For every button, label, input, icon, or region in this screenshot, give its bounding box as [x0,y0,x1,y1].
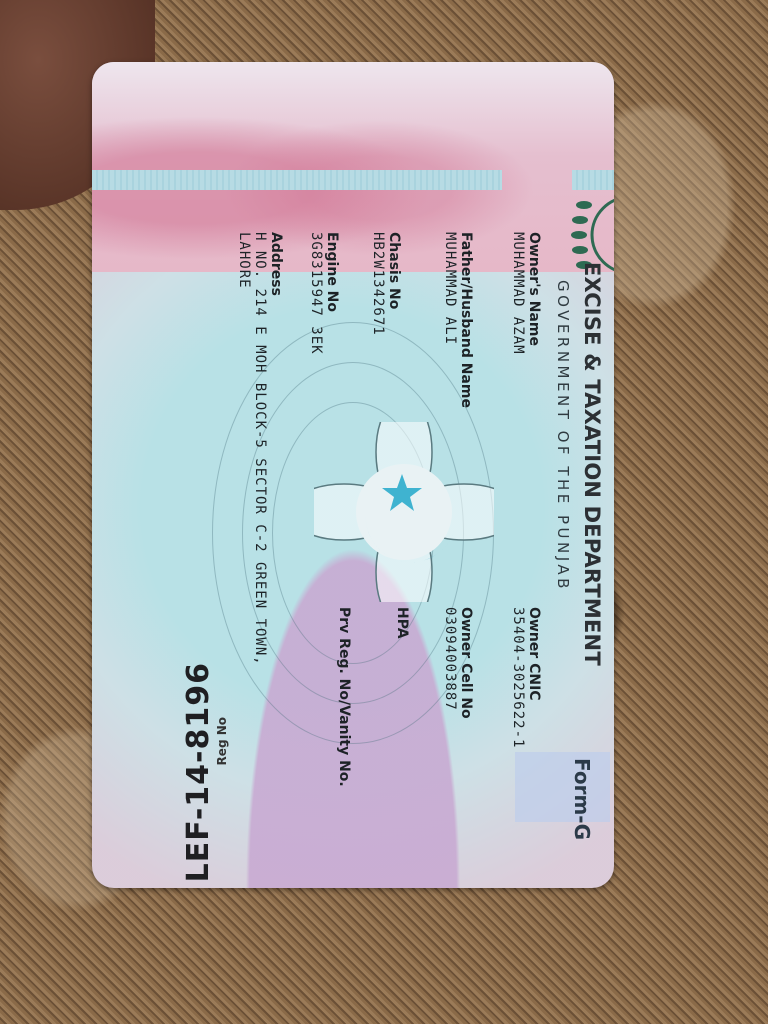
reg-no-label: Reg No [215,717,229,765]
card-content: EXCISE & TAXATION DEPARTMENT GOVERNMENT … [92,62,614,888]
reg-no-value: LEF-14-8196 [181,662,216,882]
registration-block: Reg No LEF-14-8196 [92,62,614,888]
vehicle-registration-card: EXCISE & TAXATION DEPARTMENT GOVERNMENT … [92,62,614,888]
